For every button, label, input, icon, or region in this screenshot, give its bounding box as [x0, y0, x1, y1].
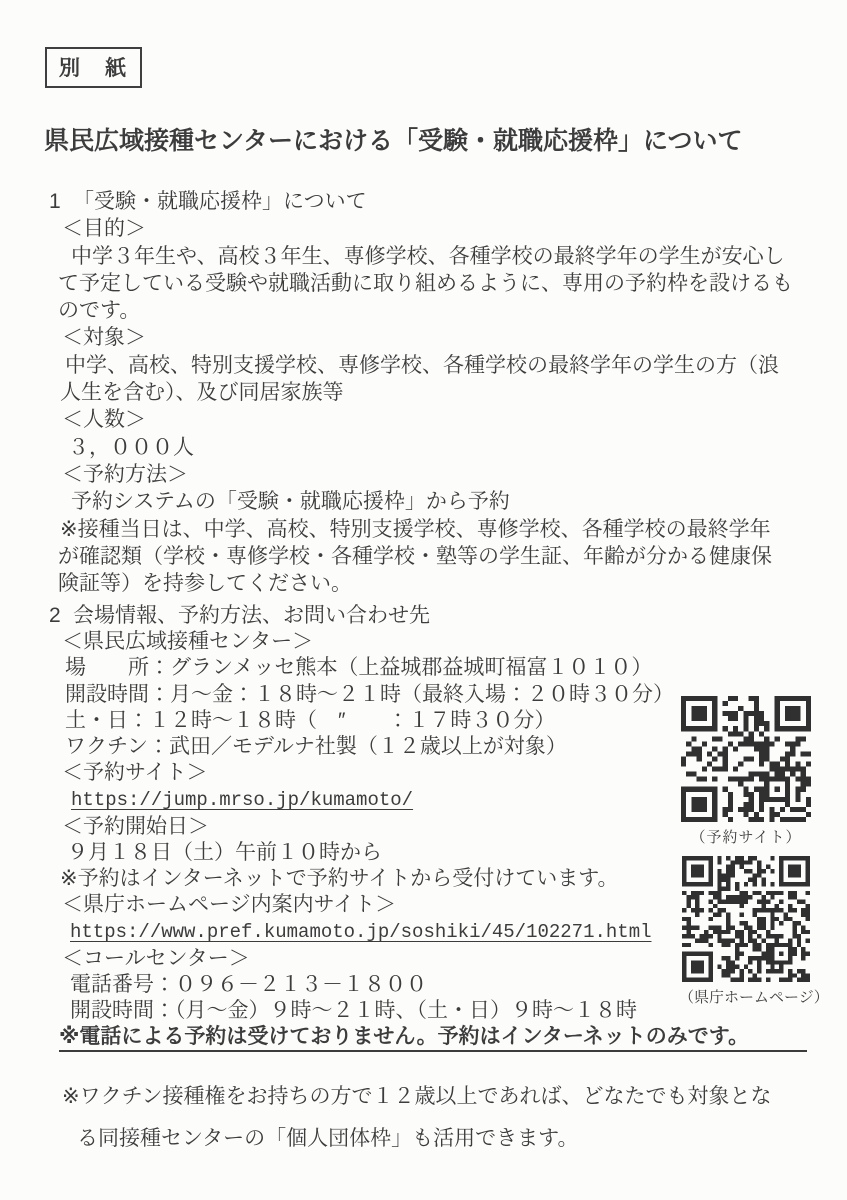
footer-note-line: ※ワクチン接種権をお持ちの方で１２歳以上であれば、どなたでも対象とな — [0, 1076, 847, 1118]
qr-code-booking-site — [681, 696, 811, 822]
footer-note-line: る同接種センターの「個人団体枠」も活用できます。 — [0, 1118, 847, 1160]
section-2-heading: 2会場情報、予約方法、お問い合わせ先 — [0, 603, 847, 629]
section-1: 1「受験・就職応援枠」について ＜目的＞ 中学３年生や、高校３年生、専修学校、各… — [0, 188, 847, 597]
section-1-number: 1 — [49, 188, 73, 215]
capacity-label: ＜人数＞ — [0, 406, 847, 433]
target-line: 人生を含む）、及び同居家族等 — [0, 379, 847, 406]
target-line: 中学、高校、特別支援学校、専修学校、各種学校の最終学年の学生の方（浪 — [0, 352, 847, 379]
section-1-heading-text: 「受験・就職応援枠」について — [73, 190, 367, 213]
page-title: 県民広域接種センターにおける「受験・就職応援枠」について — [44, 121, 743, 157]
qr-booking-site-caption: （予約サイト） — [679, 826, 813, 847]
purpose-label: ＜目的＞ — [0, 215, 847, 242]
footer-note: ※ワクチン接種権をお持ちの方で１２歳以上であれば、どなたでも対象とな る同接種セ… — [0, 1076, 847, 1160]
phone-warning-text: ※電話による予約は受けておりません。予約はインターネットのみです。 — [59, 1025, 807, 1052]
purpose-line: て予定している受験や就職活動に取り組めるように、専用の予約枠を設けるも — [0, 270, 847, 297]
reservation-method-note: が確認類（学校・専修学校・各種学校・塾等の学生証、年齢が分かる健康保 — [0, 543, 847, 570]
scanned-document-page: 別 紙 県民広域接種センターにおける「受験・就職応援枠」について 1「受験・就職… — [0, 0, 847, 1200]
phone-warning-line: ※電話による予約は受けておりません。予約はインターネットのみです。 — [0, 1024, 847, 1052]
booking-site-url[interactable]: https://jump.mrso.jp/kumamoto/ — [71, 789, 413, 811]
qr-code-pref-homepage — [682, 856, 810, 982]
section-2-number: 2 — [49, 603, 73, 629]
qr-column: （予約サイト） （県庁ホームページ） — [679, 696, 813, 1007]
reservation-method-line: 予約システムの「受験・就職応援枠」から予約 — [0, 488, 847, 515]
target-label: ＜対象＞ — [0, 324, 847, 351]
section-2-heading-text: 会場情報、予約方法、お問い合わせ先 — [73, 604, 430, 627]
attachment-tag: 別 紙 — [45, 47, 142, 88]
capacity-value: ３，０００人 — [0, 434, 847, 461]
purpose-line: 中学３年生や、高校３年生、専修学校、各種学校の最終学年の学生が安心し — [0, 243, 847, 270]
reservation-method-note: ※接種当日は、中学、高校、特別支援学校、専修学校、各種学校の最終学年 — [0, 516, 847, 543]
purpose-line: のです。 — [0, 297, 847, 324]
reservation-method-label: ＜予約方法＞ — [0, 461, 847, 488]
pref-site-url[interactable]: https://www.pref.kumamoto.jp/soshiki/45/… — [70, 921, 652, 943]
vaccination-center-label: ＜県民広域接種センター＞ — [0, 629, 847, 655]
qr-pref-homepage-caption: （県庁ホームページ） — [679, 986, 813, 1007]
place-line: 場 所：グランメッセ熊本（上益城郡益城町福富１０１０） — [0, 655, 847, 681]
section-1-heading: 1「受験・就職応援枠」について — [0, 188, 847, 215]
reservation-method-note: 険証等）を持参してください。 — [0, 570, 847, 597]
attachment-tag-label: 別 紙 — [59, 57, 128, 80]
